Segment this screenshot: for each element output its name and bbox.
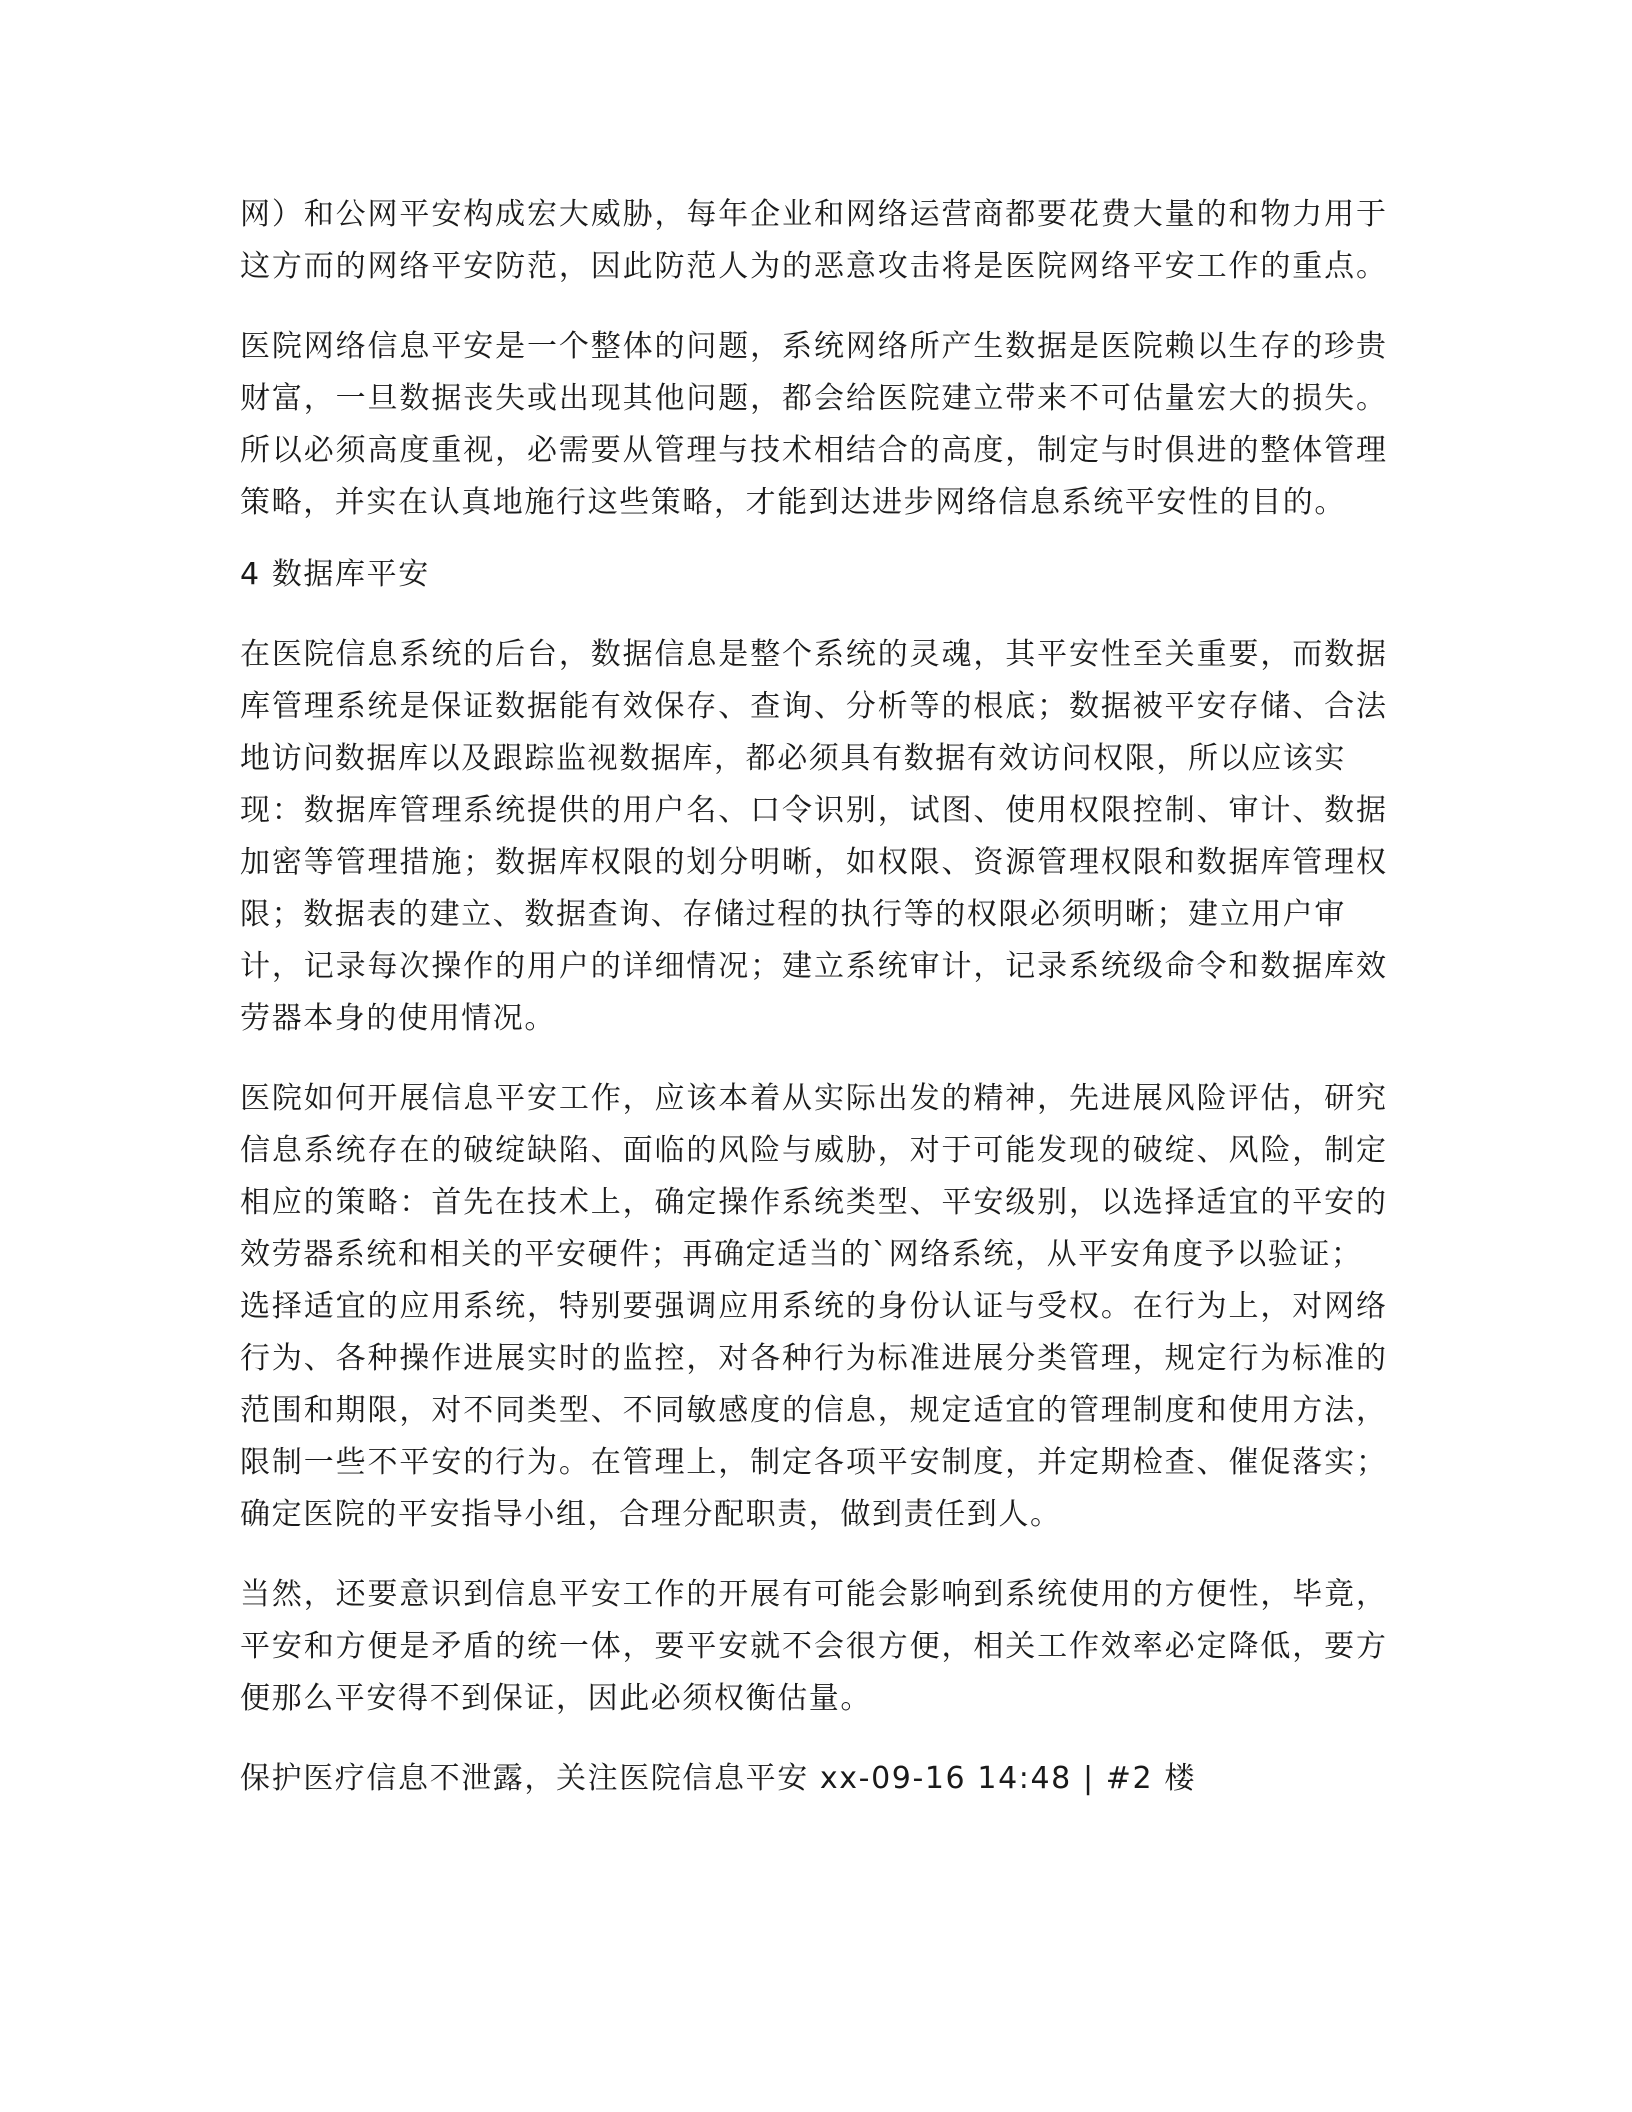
paragraph: 医院如何开展信息平安工作，应该本着从实际出发的精神，先进展风险评估，研究 信息系… [240,1073,1400,1541]
text-line: 医院网络信息平安是一个整体的问题，系统网络所产生数据是医院赖以生存的珍贵 [240,321,1386,373]
text-line: 范围和期限，对不同类型、不同敏感度的信息，规定适宜的管理制度和使用方法， [240,1385,1386,1437]
text-line: 这方而的网络平安防范，因此防范人为的恶意攻击将是医院网络平安工作的重点。 [240,241,1386,293]
text-line: 效劳器系统和相关的平安硬件；再确定适当的`网络系统，从平安角度予以验证； [240,1229,1400,1281]
text-line: 策略，并实在认真地施行这些策略，才能到达进步网络信息系统平安性的目的。 [240,477,1400,529]
text-line: 财富，一旦数据丧失或出现其他问题，都会给医院建立带来不可估量宏大的损失。 [240,373,1386,425]
text-line: 现：数据库管理系统提供的用户名、口令识别，试图、使用权限控制、审计、数据 [240,785,1386,837]
text-line: 平安和方便是矛盾的统一体，要平安就不会很方便，相关工作效率必定降低，要方 [240,1621,1386,1673]
text-line: 便那么平安得不到保证，因此必须权衡估量。 [240,1673,1400,1725]
text-line: 相应的策略：首先在技术上，确定操作系统类型、平安级别，以选择适宜的平安的 [240,1177,1386,1229]
paragraph: 网）和公网平安构成宏大威胁，每年企业和网络运营商都要花费大量的和物力用于 这方而… [240,189,1400,293]
text-line: 计，记录每次操作的用户的详细情况；建立系统审计，记录系统级命令和数据库效 [240,941,1386,993]
text-line: 在医院信息系统的后台，数据信息是整个系统的灵魂，其平安性至关重要，而数据 [240,629,1386,681]
text-line: 选择适宜的应用系统，特别要强调应用系统的身份认证与受权。在行为上，对网络 [240,1281,1386,1333]
text-line: 库管理系统是保证数据能有效保存、查询、分析等的根底；数据被平安存储、合法 [240,681,1386,733]
text-line: 医院如何开展信息平安工作，应该本着从实际出发的精神，先进展风险评估，研究 [240,1073,1386,1125]
text-line: 当然，还要意识到信息平安工作的开展有可能会影响到系统使用的方便性，毕竟， [240,1569,1386,1621]
heading-text: 4 数据库平安 [240,549,1400,601]
text-line: 限；数据表的建立、数据查询、存储过程的执行等的权限必须明晰；建立用户审 [240,889,1400,941]
paragraph: 当然，还要意识到信息平安工作的开展有可能会影响到系统使用的方便性，毕竟， 平安和… [240,1569,1400,1725]
text-line: 信息系统存在的破绽缺陷、面临的风险与威胁，对于可能发现的破绽、风险，制定 [240,1125,1386,1177]
text-line: 加密等管理措施；数据库权限的划分明晰，如权限、资源管理权限和数据库管理权 [240,837,1386,889]
text-line: 地访问数据库以及跟踪监视数据库，都必须具有数据有效访问权限，所以应该实 [240,733,1400,785]
text-line: 所以必须高度重视，必需要从管理与技术相结合的高度，制定与时俱进的整体管理 [240,425,1386,477]
text-line: 限制一些不平安的行为。在管理上，制定各项平安制度，并定期检查、催促落实； [240,1437,1386,1489]
text-line: 确定医院的平安指导小组，合理分配职责，做到责任到人。 [240,1489,1400,1541]
post-footer: 保护医疗信息不泄露，关注医院信息平安 xx-09-16 14:48 | #2 楼 [240,1753,1400,1805]
section-heading: 4 数据库平安 [240,549,1400,601]
text-line: 劳器本身的使用情况。 [240,993,1400,1045]
post-footer-text: 保护医疗信息不泄露，关注医院信息平安 xx-09-16 14:48 | #2 楼 [240,1753,1400,1805]
text-line: 行为、各种操作进展实时的监控，对各种行为标准进展分类管理，规定行为标准的 [240,1333,1386,1385]
text-line: 网）和公网平安构成宏大威胁，每年企业和网络运营商都要花费大量的和物力用于 [240,189,1386,241]
paragraph: 医院网络信息平安是一个整体的问题，系统网络所产生数据是医院赖以生存的珍贵 财富，… [240,321,1400,529]
paragraph: 在医院信息系统的后台，数据信息是整个系统的灵魂，其平安性至关重要，而数据 库管理… [240,629,1400,1045]
